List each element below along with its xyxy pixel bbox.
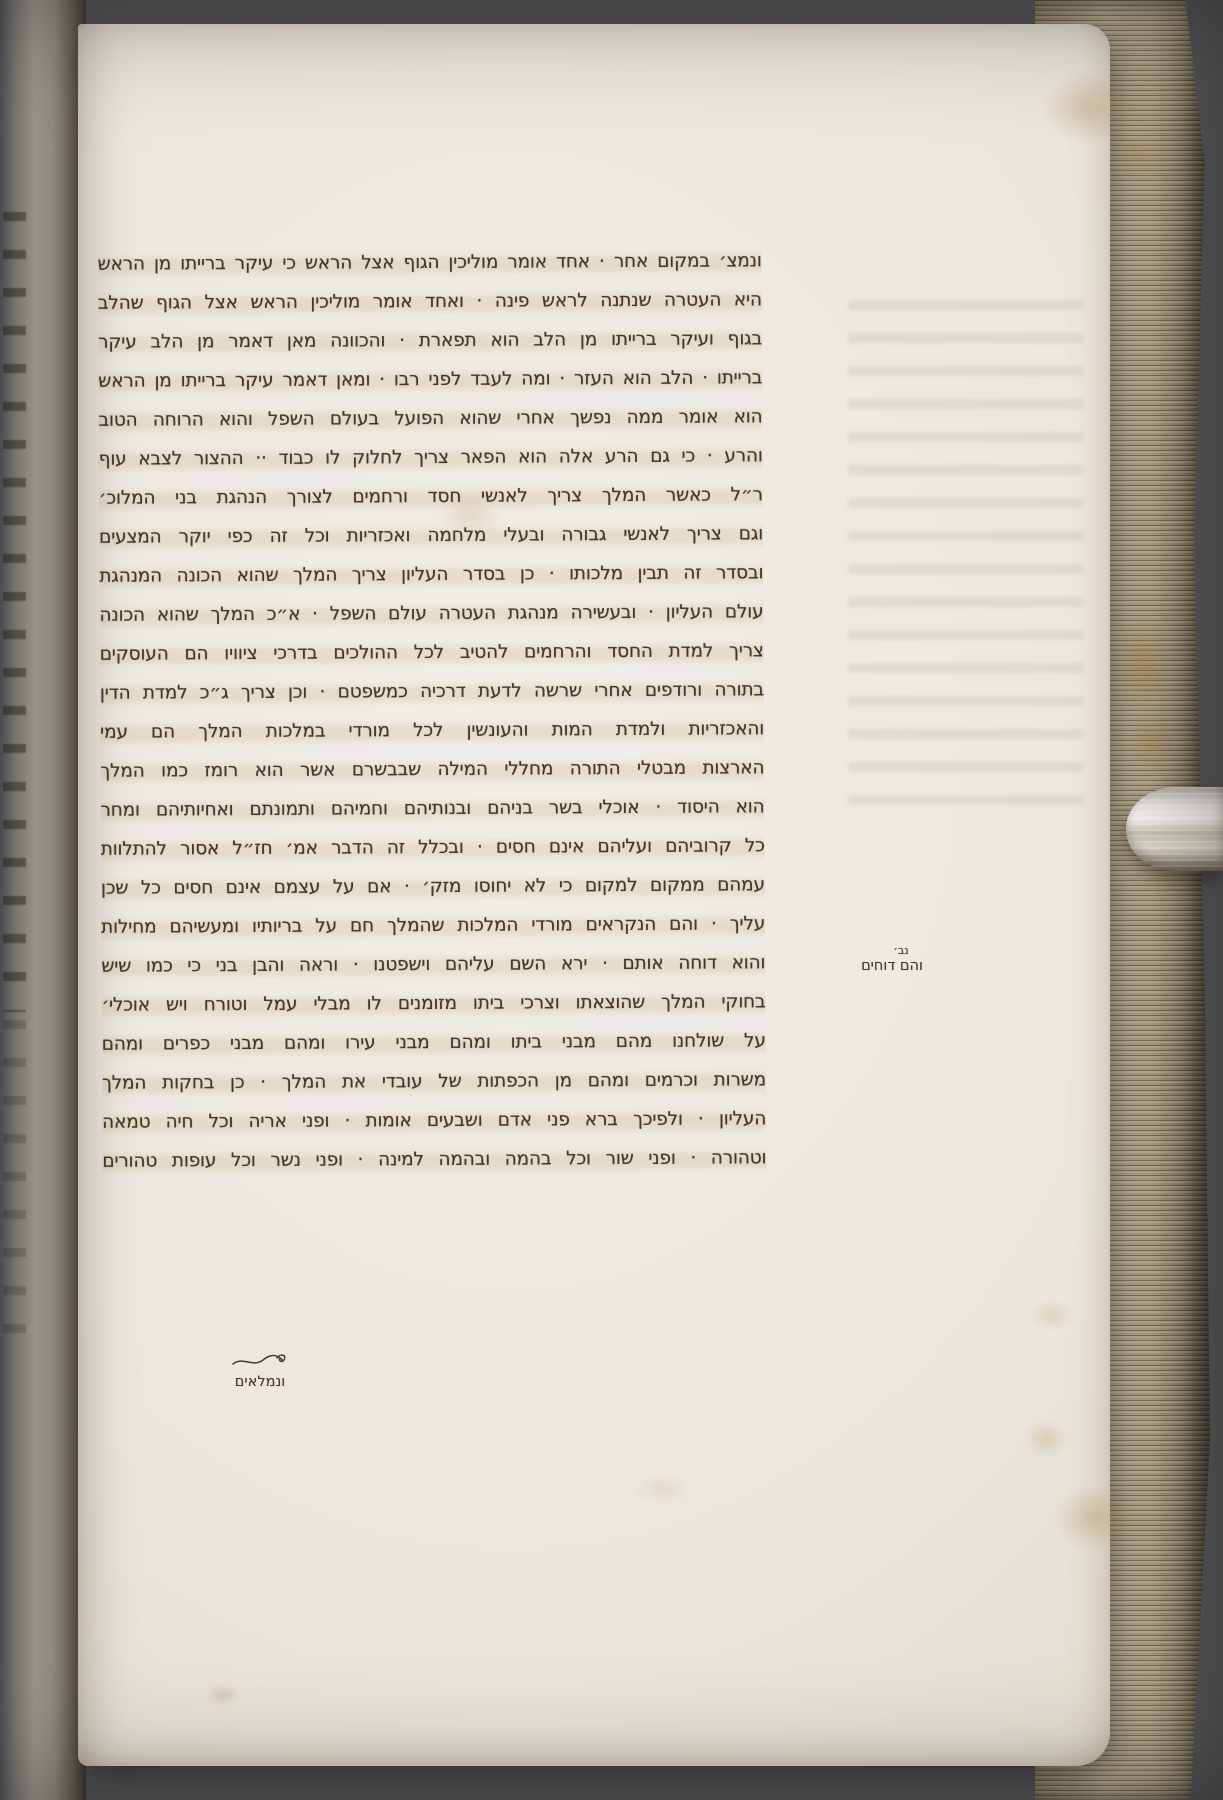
text-line: והוא דוחה אותם · ירא השם עליהם וישפטנו ·… — [101, 943, 765, 985]
foxing-stain — [1130, 710, 1174, 774]
text-block: ונמצ׳ במקום אחר · אחד אומר מוליכין הגוף … — [98, 241, 767, 1180]
text-line: ובסדר זה תבין מלכותו · כן בסדר העליון צר… — [99, 553, 763, 595]
text-line: וגם צריך לאנשי גבורה ובעלי מלחמה ואכזריו… — [99, 514, 763, 556]
text-line: הוא היסוד · אוכלי בשר בניהם ובנותיהם וחמ… — [100, 787, 764, 829]
text-line: בגוף ועיקר ברייתו מן הלב הוא תפארת · והכ… — [98, 319, 762, 361]
margin-note-text: והם דוחים — [846, 957, 938, 975]
facing-page-text-marks-lower — [3, 1020, 26, 1340]
foxing-stain — [1054, 1486, 1130, 1550]
text-line: הוא אומר ממה נפשך אחרי שהוא הפועל בעולם … — [98, 397, 762, 439]
text-line: בתורה ורודפים אחרי שרשה לדעת דרכיה כמשפט… — [100, 670, 764, 712]
text-line: והאכזריות ולמדת המות והעונשין לכל מורדי … — [100, 709, 764, 751]
margin-note-superscript: נב׳ — [864, 945, 938, 957]
catchword-flourish — [230, 1352, 290, 1370]
text-line: הארצות מבטלי התורה מחללי המילה שבבשרם אש… — [100, 748, 764, 790]
text-line: עמהם ממקום למקום כי לא יחוסו מזק׳ · אם ע… — [101, 865, 765, 907]
text-line: עולם העליון · ובעשירה מנהגת העטרה עולם ה… — [99, 592, 763, 634]
foxing-stain — [634, 1474, 690, 1504]
text-line: והרע · כי גם הרע אלה הוא הפאר צריך לחלוק… — [99, 436, 763, 478]
foxing-stain — [206, 1684, 240, 1706]
bleedthrough-ghost-text — [848, 294, 1083, 814]
foxing-stain — [1118, 620, 1170, 716]
text-line: היא העטרה שנתנה לראש פינה · ואחד אומר מו… — [98, 280, 762, 322]
text-line: וטהורה · ופני שור וכל בהמה ובהמה למינה ·… — [102, 1138, 766, 1180]
text-line: ונמצ׳ במקום אחר · אחד אומר מוליכין הגוף … — [98, 241, 762, 283]
catchword-text: ונמלאים — [220, 1374, 300, 1390]
text-line: כל קרוביהם ועליהם אינם חסים · ובכלל זה ה… — [101, 826, 765, 868]
facing-page-text-marks — [3, 212, 26, 1012]
text-line: משרות וכרמים ומהם מן הכפתות של עובדי את … — [102, 1060, 766, 1102]
foxing-stain — [1024, 1420, 1068, 1458]
page-weight-rod — [1126, 787, 1223, 871]
manuscript-photo: ונמצ׳ במקום אחר · אחד אומר מוליכין הגוף … — [0, 0, 1223, 1800]
text-line: ברייתו · הלב הוא העזר · ומה לעבד לפני רב… — [98, 358, 762, 400]
foxing-stain — [438, 494, 502, 536]
margin-note: נב׳ והם דוחים — [846, 945, 938, 975]
text-line: ר״ל כאשר המלך צריך לאנשי חסד ורחמים לצור… — [99, 475, 763, 517]
foxing-stain — [1030, 1300, 1074, 1330]
text-line: עליך · והם הנקראים מורדי המלכות שהמלך חם… — [101, 904, 765, 946]
foxing-stain — [1042, 72, 1134, 144]
foxing-stain — [1114, 136, 1166, 178]
parchment-page: ונמצ׳ במקום אחר · אחד אומר מוליכין הגוף … — [78, 24, 1110, 1766]
facing-page-sliver — [0, 0, 86, 1800]
text-line: צריך למדת החסד והרחמים להטיב לכל ההולכים… — [100, 631, 764, 673]
text-line: על שולחנו מהם מבני ביתו ומהם מבני עירו ו… — [102, 1021, 766, 1063]
text-line: בחוקי המלך שהוצאתו וצרכי ביתו מזומנים לו… — [101, 982, 765, 1024]
catchword: ונמלאים — [220, 1352, 300, 1390]
text-line: העליון · ולפיכך ברא פני אדם ושבעים אומות… — [102, 1099, 766, 1141]
